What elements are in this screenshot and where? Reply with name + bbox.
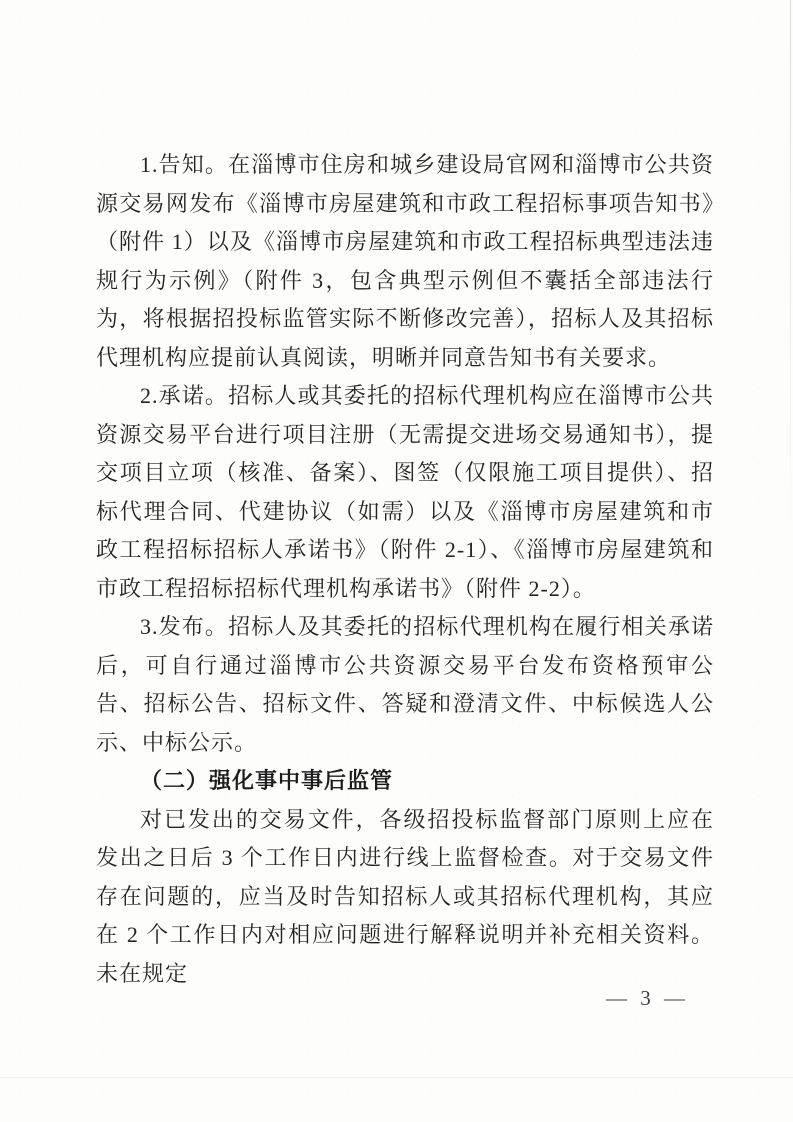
scanned-document-page: 1.告知。在淄博市住房和城乡建设局官网和淄博市公共资源交易网发布《淄博市房屋建筑… <box>0 0 793 1122</box>
paragraph-commitment: 2.承诺。招标人或其委托的招标代理机构应在淄博市公共资源交易平台进行项目注册（无… <box>96 377 714 608</box>
paragraph-supervision-detail: 对已发出的交易文件，各级招投标监督部门原则上应在发出之日后 3 个工作日内进行线… <box>96 801 714 994</box>
section-heading-supervision: （二）强化事中事后监管 <box>96 762 714 801</box>
document-body: 1.告知。在淄博市住房和城乡建设局官网和淄博市公共资源交易网发布《淄博市房屋建筑… <box>96 146 714 993</box>
paragraph-notice: 1.告知。在淄博市住房和城乡建设局官网和淄博市公共资源交易网发布《淄博市房屋建筑… <box>96 146 714 377</box>
scan-edge-artifact <box>790 0 791 560</box>
paragraph-publish: 3.发布。招标人及其委托的招标代理机构在履行相关承诺后，可自行通过淄博市公共资源… <box>96 608 714 762</box>
scan-fold-line-artifact <box>0 1077 793 1078</box>
page-number: — 3 — <box>606 986 689 1011</box>
